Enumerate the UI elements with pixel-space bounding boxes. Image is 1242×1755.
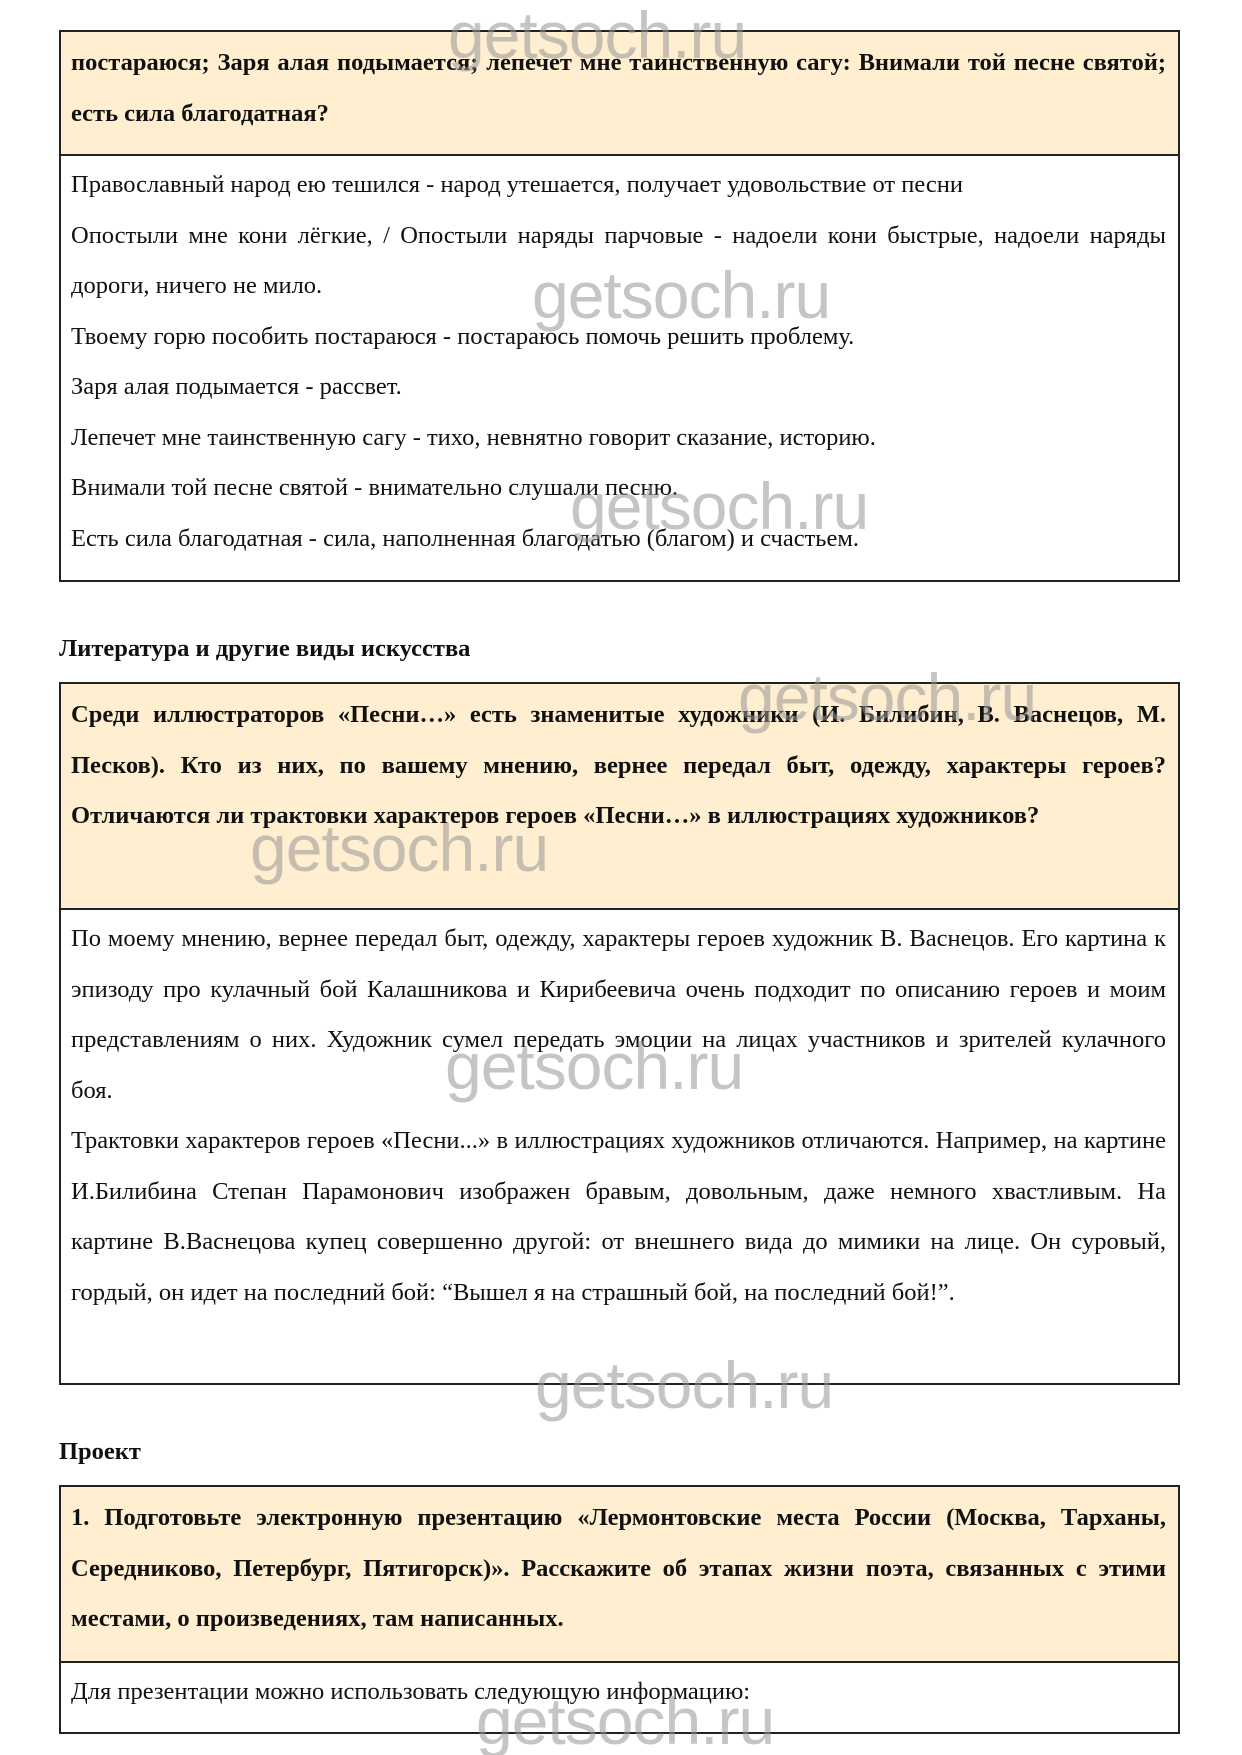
qa-block-3: 1. Подготовьте электронную презентацию «…	[59, 1485, 1180, 1734]
answer-2: По моему мнению, вернее передал быт, оде…	[61, 910, 1178, 1318]
section-title-literature-arts: Литература и другие виды искусства	[59, 635, 470, 663]
answer-1: Православный народ ею тешился - народ ут…	[61, 156, 1178, 564]
answer-1-line-3: Твоему горю пособить постараюся - постар…	[71, 312, 1166, 363]
section-title-project: Проект	[59, 1438, 141, 1466]
answer-3-line-1: Для презентации можно использовать следу…	[71, 1667, 1166, 1718]
answer-1-line-4: Заря алая подымается - рассвет.	[71, 362, 1166, 413]
answer-2-para-1: По моему мнению, вернее передал быт, оде…	[71, 914, 1166, 1116]
answer-1-line-6: Внимали той песне святой - внимательно с…	[71, 463, 1166, 514]
answer-1-line-1: Православный народ ею тешился - народ ут…	[71, 160, 1166, 211]
answer-2-para-2: Трактовки характеров героев «Песни...» в…	[71, 1116, 1166, 1318]
question-1: постараюся; Заря алая подымается; лепече…	[61, 32, 1178, 156]
question-2: Среди иллюстраторов «Песни…» есть знамен…	[61, 684, 1178, 910]
answer-1-line-2: Опостыли мне кони лёгкие, / Опостыли нар…	[71, 211, 1166, 312]
qa-block-2: Среди иллюстраторов «Песни…» есть знамен…	[59, 682, 1180, 1385]
answer-3: Для презентации можно использовать следу…	[61, 1663, 1178, 1718]
answer-1-line-7: Есть сила благодатная - сила, наполненна…	[71, 514, 1166, 565]
question-3: 1. Подготовьте электронную презентацию «…	[61, 1487, 1178, 1663]
qa-block-1: постараюся; Заря алая подымается; лепече…	[59, 30, 1180, 582]
answer-1-line-5: Лепечет мне таинственную сагу - тихо, не…	[71, 413, 1166, 464]
